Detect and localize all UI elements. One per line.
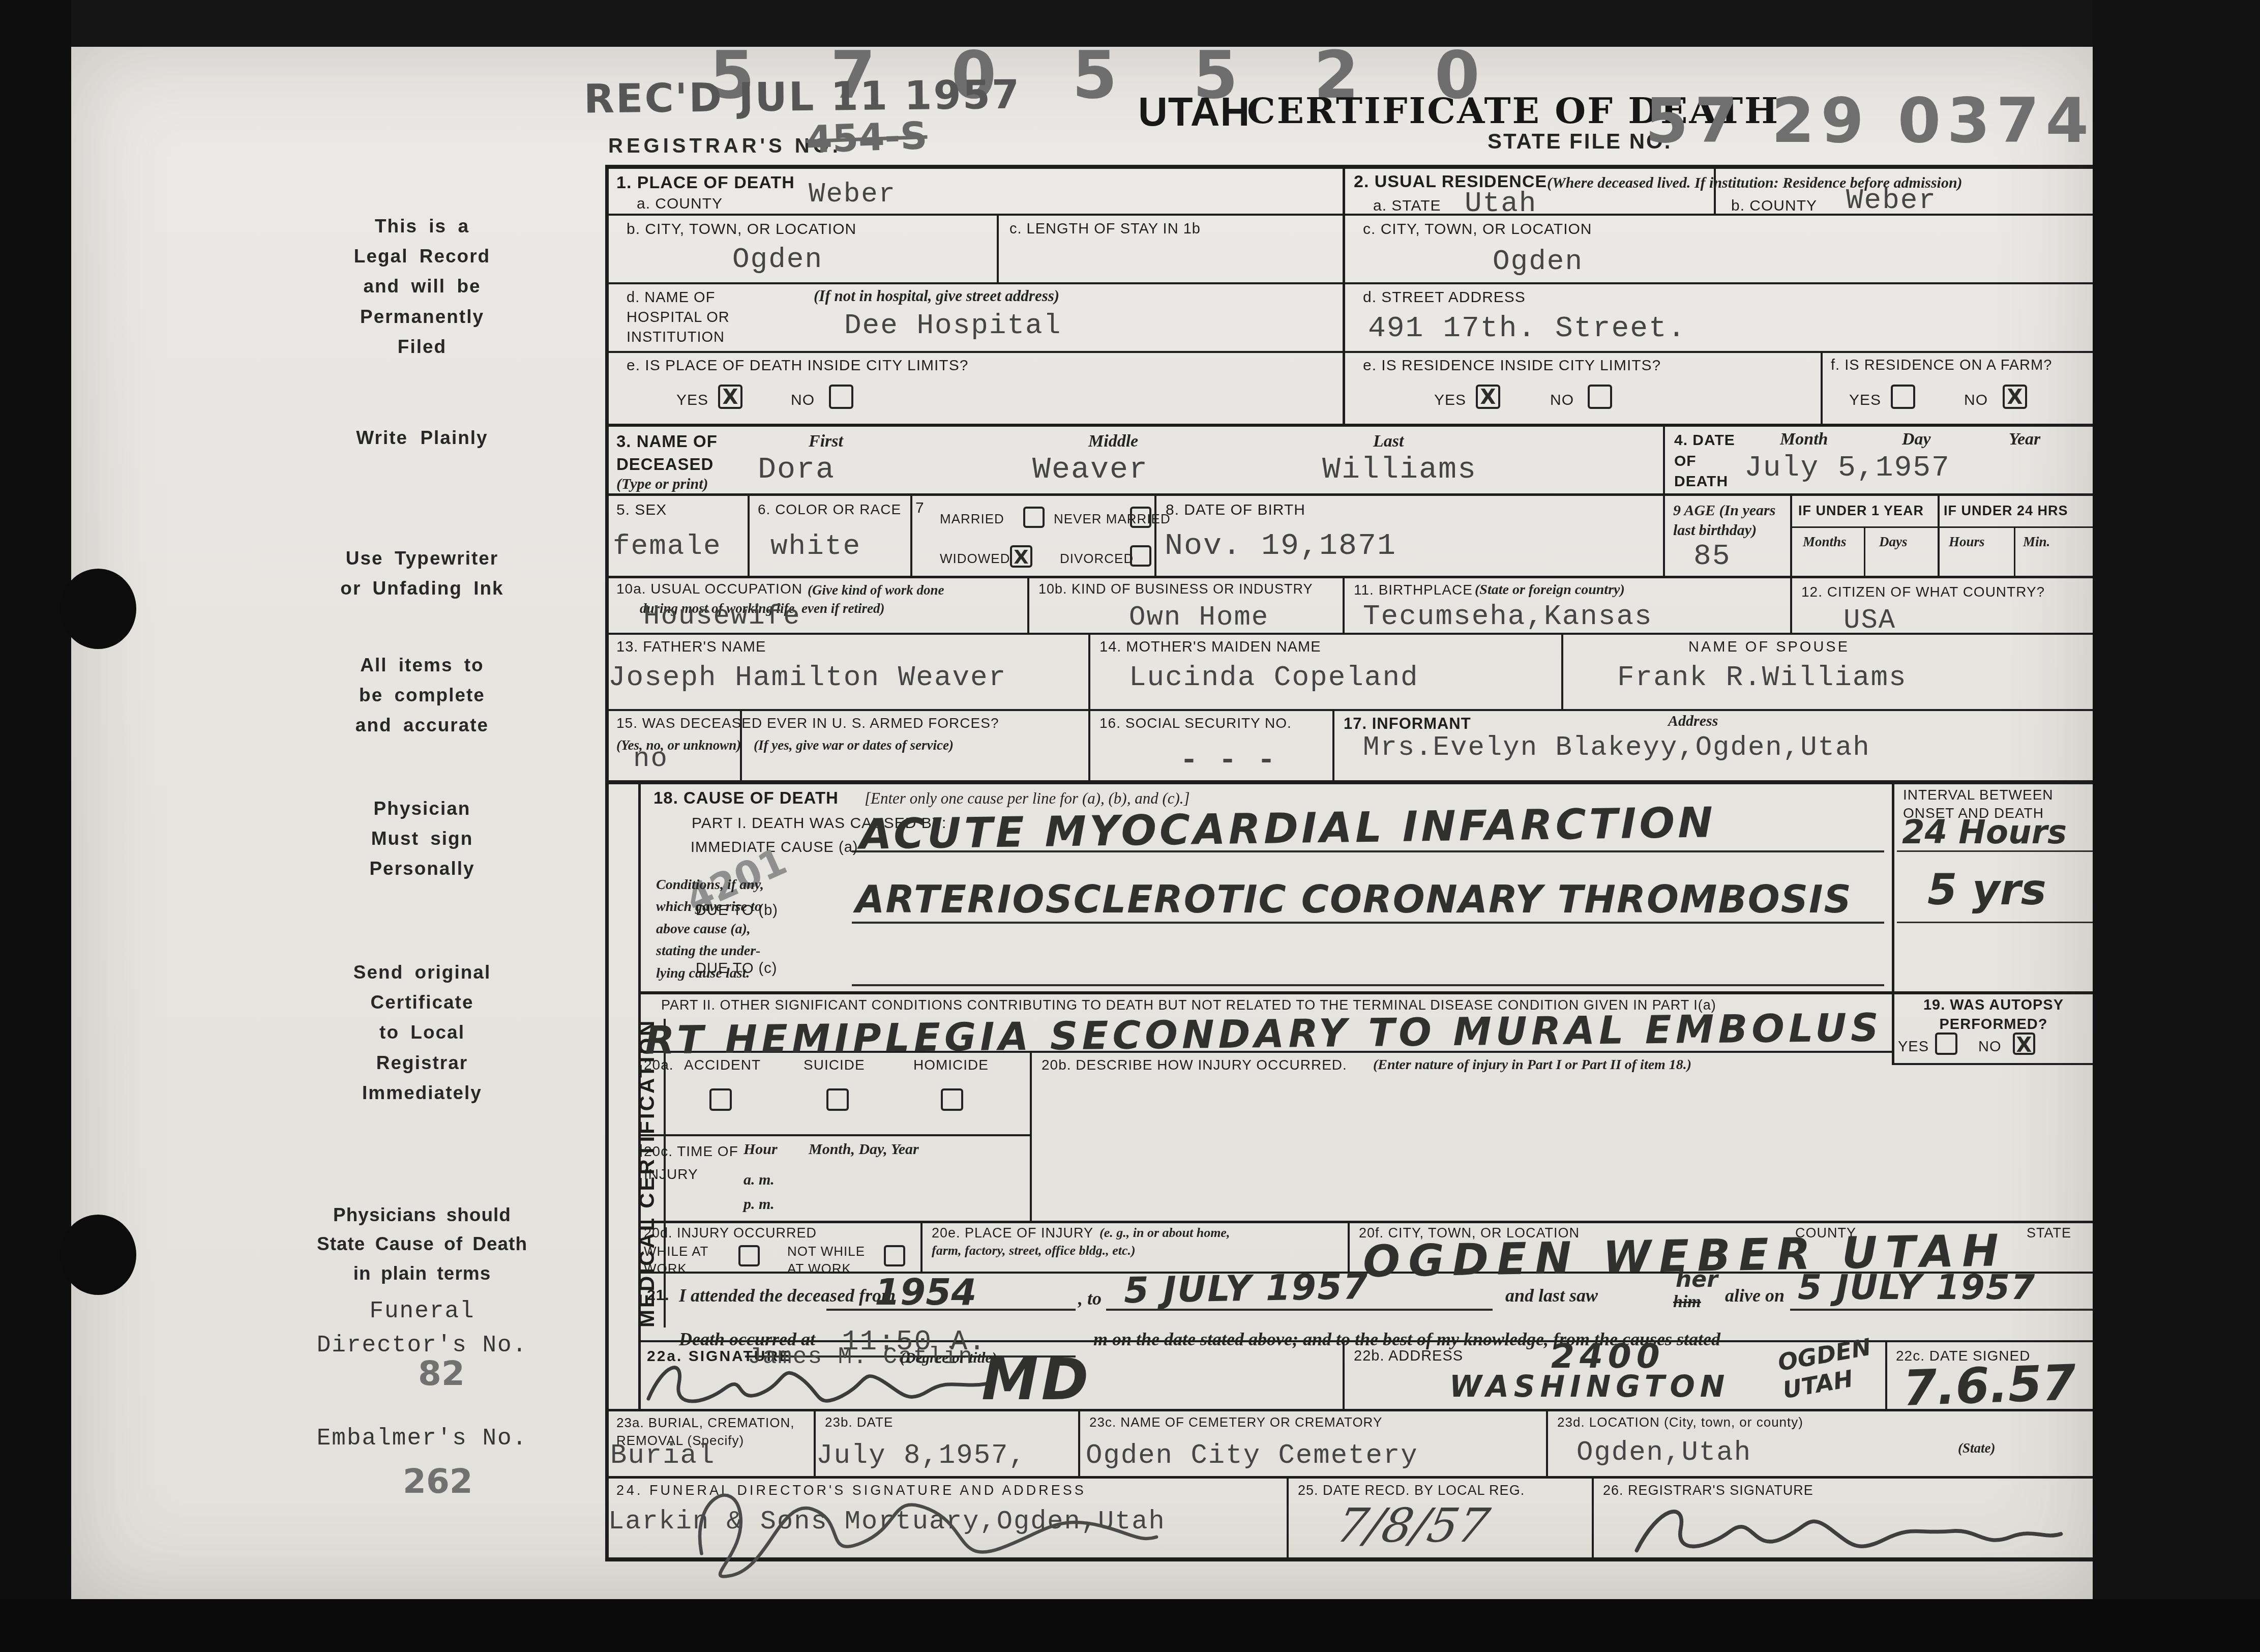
- s2e-yes-label: YES: [1434, 391, 1466, 410]
- s7-never-label: NEVER MARRIED: [1054, 511, 1171, 527]
- s17-address-head: Address: [1668, 711, 1718, 731]
- s14-value: Lucinda Copeland: [1129, 661, 1419, 694]
- s20c-mdy-head: Month, Day, Year: [809, 1139, 919, 1159]
- registrar-no-value: 454-S: [806, 114, 928, 162]
- s16-label: 16. SOCIAL SECURITY NO.: [1099, 714, 1292, 732]
- s19-label: 19. WAS AUTOPSY PERFORMED?: [1894, 996, 2093, 1034]
- s20a-num: 20a.: [644, 1056, 674, 1074]
- s7-never-checkbox: [1130, 507, 1151, 528]
- scan-border-top: [0, 0, 2260, 47]
- s18-title: 18. CAUSE OF DEATH: [653, 787, 839, 808]
- s7-divorced-label: DIVORCED: [1060, 550, 1134, 567]
- s20f-state-head: STATE: [2027, 1225, 2071, 1242]
- s2e-label: e. IS RESIDENCE INSIDE CITY LIMITS?: [1363, 356, 1661, 375]
- margin-all-items: All items to be complete and accurate: [254, 650, 590, 741]
- s1e-yes-checkbox: X: [718, 385, 742, 409]
- s17-value: Mrs.Evelyn Blakeyy,Ogden,Utah: [1363, 732, 1870, 763]
- s1-title: 1. PLACE OF DEATH: [616, 172, 795, 194]
- s7-widowed-label: WIDOWED: [940, 550, 1010, 567]
- s14-label: 14. MOTHER'S MAIDEN NAME: [1099, 638, 1321, 656]
- s1d-label: d. NAME OF HOSPITAL OR INSTITUTION: [627, 288, 730, 347]
- s20d-label: 20d. INJURY OCCURRED: [644, 1225, 817, 1242]
- s10a-value: Housewife: [643, 601, 801, 632]
- s1e-yes-label: YES: [676, 391, 708, 410]
- margin-write-plainly: Write Plainly: [254, 426, 590, 450]
- s23d-label: 23d. LOCATION (City, town, or county): [1557, 1414, 1803, 1431]
- s1c-label: c. LENGTH OF STAY IN 1b: [1009, 220, 1201, 238]
- s2e-no-checkbox: [1588, 385, 1612, 409]
- s1a-value: Weber: [809, 179, 896, 210]
- s25-value: 7/8/57: [1332, 1498, 1494, 1553]
- s2f-label: f. IS RESIDENCE ON A FARM?: [1831, 356, 2052, 374]
- spouse-value: Frank R.Williams: [1617, 661, 1907, 694]
- s5-label: 5. SEX: [616, 500, 667, 520]
- s21-text1: I attended the deceased from: [679, 1284, 896, 1308]
- s20c-am-label: a. m.: [744, 1170, 775, 1190]
- death-certificate-scan: 5 7 0 5 5 2 0 REC'D JUL 11 1957 REGISTRA…: [0, 0, 2260, 1652]
- s3-sub: (Type or print): [616, 474, 708, 494]
- s12-value: USA: [1843, 605, 1896, 636]
- s15-note2: (If yes, give war or dates of service): [754, 736, 954, 754]
- s9-under24-label: IF UNDER 24 HRS: [1944, 503, 2068, 520]
- s19-yes-checkbox: [1935, 1032, 1957, 1055]
- spouse-label: NAME OF SPOUSE: [1688, 638, 1850, 656]
- s2f-no-checkbox: X: [2003, 385, 2027, 409]
- s2e-no-label: NO: [1550, 391, 1574, 410]
- s20c-pm-label: p. m.: [744, 1194, 775, 1214]
- s21-text3: and last saw: [1505, 1284, 1598, 1308]
- s22b-label: 22b. ADDRESS: [1354, 1347, 1463, 1365]
- s10b-label: 10b. KIND OF BUSINESS OR INDUSTRY: [1038, 581, 1313, 598]
- hole-punch-top: [60, 569, 136, 649]
- embalmer-no-label: Embalmer's No.: [254, 1425, 590, 1452]
- s3-middle-head: Middle: [1088, 430, 1138, 453]
- s19-yes-label: YES: [1898, 1038, 1929, 1056]
- funeral-director-no-value: 82: [418, 1354, 465, 1393]
- s3-first-value: Dora: [758, 453, 835, 487]
- s2d-label: d. STREET ADDRESS: [1363, 288, 1526, 307]
- s4-label: 4. DATE OF DEATH: [1674, 430, 1735, 492]
- s2f-yes-label: YES: [1849, 391, 1881, 410]
- s18-interval-b-value: 5 yrs: [1927, 865, 2046, 914]
- s1e-no-label: NO: [791, 391, 815, 410]
- state-file-label: STATE FILE NO.: [1488, 128, 1672, 155]
- s25-label: 25. DATE RECD. BY LOCAL REG.: [1298, 1482, 1525, 1499]
- s1b-label: b. CITY, TOWN, OR LOCATION: [627, 220, 856, 239]
- s3-first-head: First: [809, 430, 843, 453]
- s16-value: - - -: [1180, 744, 1276, 778]
- s20b-label: 20b. DESCRIBE HOW INJURY OCCURRED.: [1042, 1056, 1347, 1074]
- s15-label: 15. WAS DECEASED EVER IN U. S. ARMED FOR…: [616, 714, 999, 732]
- s7-widowed-checkbox: X: [1010, 545, 1032, 568]
- s18-due-c-label: DUE TO (c): [696, 959, 777, 978]
- s1e-no-checkbox: [829, 385, 853, 409]
- s20c-label: 20c. TIME OF INJURY: [644, 1140, 738, 1186]
- s9-min-head: Min.: [2023, 533, 2050, 551]
- s20a-suicide-checkbox: [826, 1088, 849, 1111]
- s12-label: 12. CITIZEN OF WHAT COUNTRY?: [1801, 583, 2045, 601]
- s23b-label: 23b. DATE: [825, 1414, 893, 1431]
- s3-last-value: Williams: [1322, 453, 1477, 487]
- s9-hours-head: Hours: [1949, 533, 1985, 551]
- s9-under1-label: IF UNDER 1 YEAR: [1798, 503, 1924, 520]
- s13-value: Joseph Hamilton Weaver: [608, 661, 1006, 694]
- s2f-no-label: NO: [1964, 391, 1988, 410]
- s20b-note: (Enter nature of injury in Part I or Par…: [1373, 1056, 1691, 1074]
- funeral-director-signature: [626, 1465, 1210, 1587]
- s3-title: 3. NAME OF DECEASED: [616, 430, 718, 476]
- s8-value: Nov. 19,1871: [1165, 529, 1396, 564]
- s19-no-label: NO: [1978, 1038, 2002, 1056]
- medical-certification-strip: MEDICAL CERTIFICATION: [585, 793, 641, 1404]
- s4-year-head: Year: [2009, 428, 2040, 451]
- s21-him-word: him: [1673, 1291, 1701, 1313]
- s3-middle-value: Weaver: [1032, 453, 1148, 487]
- registrar-signature: [1607, 1495, 2085, 1561]
- s20a-suicide-label: SUICIDE: [804, 1056, 865, 1074]
- margin-state-cause: Physicians should State Cause of Death i…: [244, 1200, 600, 1288]
- s2d-value: 491 17th. Street.: [1368, 312, 1686, 345]
- s20d-notwhile-label: NOT WHILE AT WORK: [787, 1243, 865, 1278]
- scan-border-left: [0, 0, 71, 1652]
- s20c-hour-head: Hour: [744, 1139, 778, 1159]
- s20a-homicide-checkbox: [941, 1088, 963, 1111]
- s1d-note: (If not in hospital, give street address…: [814, 286, 1059, 306]
- s21-text2: , to: [1078, 1287, 1102, 1311]
- s21-from-value: 1954: [875, 1271, 976, 1313]
- margin-send-original: Send original Certificate to Local Regis…: [254, 957, 590, 1108]
- s18-note: [Enter only one cause per line for (a), …: [865, 788, 1190, 809]
- s9-label: 9 AGE (In years last birthday): [1673, 500, 1775, 540]
- s4-day-head: Day: [1902, 428, 1931, 451]
- s22b-value-street: WASHINGTON: [1449, 1369, 1730, 1404]
- s11-value: Tecumseha,Kansas: [1363, 600, 1653, 633]
- s23d-value: Ogden,Utah: [1577, 1437, 1751, 1468]
- s13-label: 13. FATHER'S NAME: [616, 638, 766, 656]
- s20d-notwhile-checkbox: [884, 1245, 905, 1266]
- scan-border-right: [2093, 0, 2260, 1652]
- s9-months-head: Months: [1803, 533, 1847, 551]
- s2b-value: Weber: [1846, 184, 1937, 217]
- hole-punch-bottom: [60, 1215, 136, 1295]
- s7-num: 7: [915, 498, 925, 518]
- s20a-accident-label: ACCIDENT: [684, 1056, 761, 1074]
- s21-num: 21.: [647, 1286, 670, 1305]
- margin-legal-record: This is a Legal Record and will be Perma…: [254, 211, 590, 362]
- s15-value: no: [633, 744, 668, 775]
- state-file-value: 57 29 0374: [1645, 84, 2095, 157]
- s2a-value: Utah: [1465, 187, 1537, 220]
- s8-label: 8. DATE OF BIRTH: [1166, 500, 1305, 520]
- s11-note: (State or foreign country): [1475, 581, 1625, 599]
- s18-cause-b-value: ARTERIOSCLEROTIC CORONARY THROMBOSIS: [855, 878, 1852, 922]
- s9-days-head: Days: [1879, 533, 1908, 551]
- s2c-label: c. CITY, TOWN, OR LOCATION: [1363, 220, 1592, 239]
- s6-label: 6. COLOR OR RACE: [758, 500, 901, 518]
- s4-month-head: Month: [1780, 428, 1828, 451]
- s18-interval-a-value: 24 Hours: [1902, 814, 2067, 851]
- margin-use-typewriter: Use Typewriter or Unfading Ink: [254, 543, 590, 603]
- s19-no-checkbox: X: [2013, 1032, 2035, 1055]
- s7-married-checkbox: [1023, 507, 1045, 528]
- s20a-homicide-label: HOMICIDE: [913, 1056, 989, 1074]
- s20a-accident-checkbox: [709, 1088, 732, 1111]
- s23d-state-note: (State): [1958, 1439, 1996, 1457]
- s10b-value: Own Home: [1129, 602, 1269, 633]
- s9-value: 85: [1693, 540, 1731, 573]
- s21-to-value: 5 JULY 1957: [1123, 1265, 1369, 1311]
- s7-married-label: MARRIED: [940, 511, 1004, 527]
- title-utah: UTAH: [1138, 86, 1250, 137]
- s1d-value: Dee Hospital: [844, 309, 1061, 342]
- s6-value: white: [770, 530, 861, 563]
- scan-border-bottom: [0, 1599, 2260, 1652]
- s1b-value: Ogden: [732, 243, 823, 276]
- physician-signature: [643, 1353, 999, 1414]
- s21-text4: alive on: [1725, 1284, 1785, 1308]
- s21-her-word: her: [1676, 1266, 1718, 1292]
- s2b-label: b. COUNTY: [1731, 196, 1817, 216]
- s3-last-head: Last: [1373, 430, 1404, 453]
- s20e-note: (e. g., in or about home, farm, factory,…: [932, 1224, 1339, 1259]
- s21-lastsaw-value: 5 JULY 1957: [1798, 1267, 2036, 1308]
- s2f-yes-checkbox: [1891, 385, 1915, 409]
- s2a-label: a. STATE: [1373, 196, 1441, 216]
- embalmer-no-value: 262: [403, 1462, 473, 1501]
- s4-value: July 5,1957: [1744, 452, 1950, 485]
- s5-value: female: [613, 530, 722, 563]
- s2e-yes-checkbox: X: [1476, 385, 1500, 409]
- s22c-value: 7.6.57: [1902, 1354, 2077, 1417]
- received-date-stamp: REC'D JUL 11 1957: [584, 72, 1021, 123]
- s11-label: 11. BIRTHPLACE: [1354, 581, 1473, 599]
- s18-due-b-label: DUE TO (b): [696, 901, 778, 920]
- s17-label: 17. INFORMANT: [1344, 714, 1471, 734]
- s20d-while-checkbox: [738, 1245, 760, 1266]
- s1a-label: a. COUNTY: [637, 194, 723, 214]
- margin-physician-sign: Physician Must sign Personally: [254, 793, 590, 884]
- s22a-degree-value: MD: [982, 1347, 1091, 1413]
- s7-divorced-checkbox: [1130, 545, 1151, 567]
- s1e-label: e. IS PLACE OF DEATH INSIDE CITY LIMITS?: [627, 356, 968, 375]
- s20d-while-label: WHILE AT WORK: [644, 1243, 708, 1278]
- s2c-value: Ogden: [1493, 245, 1583, 278]
- s23c-label: 23c. NAME OF CEMETERY OR CREMATORY: [1089, 1414, 1382, 1431]
- funeral-director-no-label: Funeral Director's No.: [254, 1294, 590, 1362]
